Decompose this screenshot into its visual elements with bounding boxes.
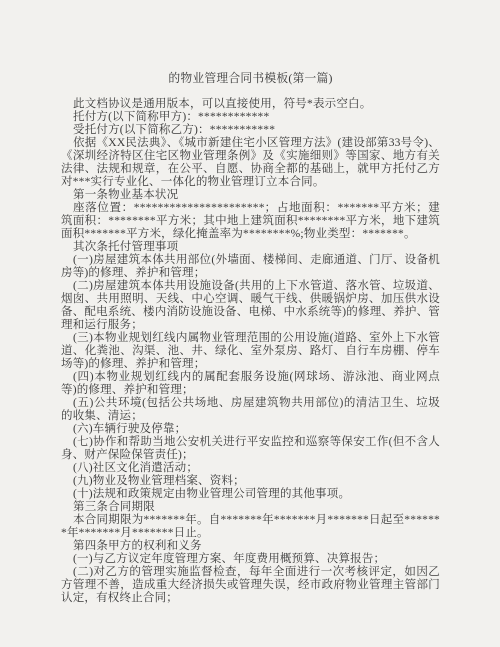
contract-document-page: 的物业管理合同书模板(第一篇) 此文档协议是通用版本，可以直接使用，符号*表示空… <box>61 72 440 605</box>
paragraph: (三)本物业规划红线内属物业管理范围的公用设施(道路、室外上下水管道、化粪池、沟… <box>61 332 440 371</box>
paragraph: (八)社区文化消遣活动； <box>61 462 440 475</box>
paragraph: 第四条甲方的权利和义务 <box>61 540 440 553</box>
paragraph: 第一条物业基本状况 <box>61 189 440 202</box>
paragraph: 其次条托付管理事项 <box>61 241 440 254</box>
paragraph: 依据《XX民法典》、《城市新建住宅小区管理方法》(建设部第33号令)、《深圳经济… <box>61 137 440 189</box>
paragraph: (七)协作和帮助当地公安机关进行平安监控和巡察等保安工作(但不含人身、财产保险保… <box>61 436 440 462</box>
paragraph: (一)与乙方议定年度管理方案、年度费用概预算、决算报告； <box>61 553 440 566</box>
paragraph: (六)车辆行驶及停靠； <box>61 423 440 436</box>
paragraph: (二)对乙方的管理实施监督检查，每年全面进行一次考核评定，如因乙方管理不善，造成… <box>61 566 440 605</box>
paragraph: (五)公共环境(包括公共场地、房屋建筑物共用部位)的清洁卫生、垃圾的收集、清运； <box>61 397 440 423</box>
paragraph: 受托付方(以下简称乙方)：*********** <box>61 124 440 137</box>
paragraph: (二)房屋建筑本体共用设施设备(共用的上下水管道、落水管、垃圾道、烟囱、共用照明… <box>61 280 440 332</box>
document-body: 此文档协议是通用版本，可以直接使用，符号*表示空白。托付方(以下简称甲方)：**… <box>61 98 440 605</box>
document-title: 的物业管理合同书模板(第一篇) <box>61 72 440 85</box>
paragraph: (九)物业及物业管理档案、资料； <box>61 475 440 488</box>
paragraph: 本合同期限为*******年。自*******年*******月*******日… <box>61 514 440 540</box>
paragraph: 座落位置：**********************；占地面积：*******… <box>61 202 440 241</box>
paragraph: 托付方(以下简称甲方)：************ <box>61 111 440 124</box>
paragraph: (一)房屋建筑本体共用部位(外墙面、楼梯间、走廊通道、门厅、设备机房等)的修理、… <box>61 254 440 280</box>
paragraph: 此文档协议是通用版本，可以直接使用，符号*表示空白。 <box>61 98 440 111</box>
paragraph: (四)本物业规划红线内的属配套服务设施(网球场、游泳池、商业网点等)的修理、养护… <box>61 371 440 397</box>
paragraph: 第三条合同期限 <box>61 501 440 514</box>
paragraph: (十)法规和政策规定由物业管理公司管理的其他事项。 <box>61 488 440 501</box>
